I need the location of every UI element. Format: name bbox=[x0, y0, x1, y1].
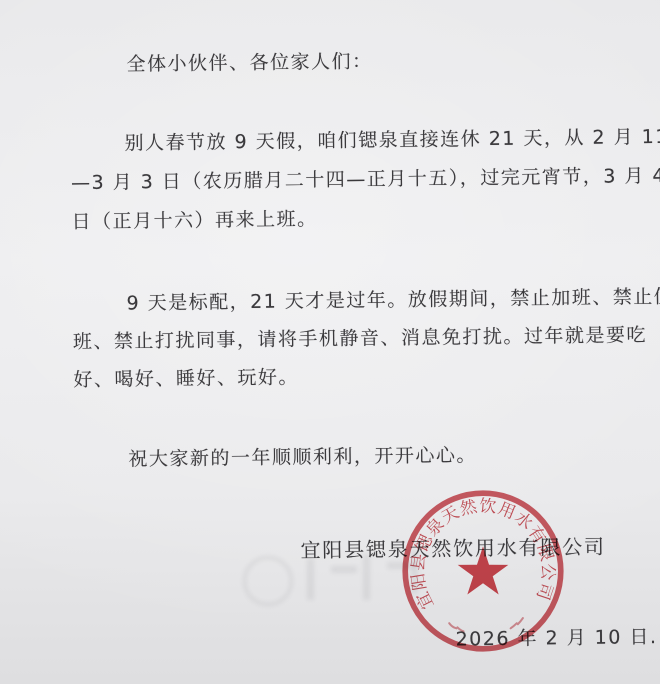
paragraph1-line1: 别人春节放 9 天假，咱们锶泉直接连休 21 天，从 2 月 11 日 bbox=[124, 122, 660, 156]
seal-star-icon bbox=[458, 546, 509, 594]
closing-wish-line: 祝大家新的一年顺顺利利，开开心心。 bbox=[128, 440, 477, 471]
greeting-line: 全体小伙伴、各位家人们： bbox=[126, 46, 372, 76]
paragraph2-line1: 9 天是标配，21 天才是过年。放假期间，禁止加班、禁止值 bbox=[126, 282, 660, 316]
seal-bottom-marks bbox=[449, 618, 523, 631]
company-seal: 宜阳县锶泉天然饮用水有限公司 bbox=[396, 484, 570, 658]
paragraph1-line3: 日（正月十六）再来上班。 bbox=[71, 204, 317, 234]
paragraph2-line2: 班、禁止打扰同事，请将手机静音、消息免打扰。过年就是要吃 bbox=[73, 320, 647, 354]
document-photo: 全体小伙伴、各位家人们： 别人春节放 9 天假，咱们锶泉直接连休 21 天，从 … bbox=[0, 0, 660, 684]
paragraph2-line3: 好、喝好、睡好、玩好。 bbox=[73, 362, 299, 392]
paragraph1-line2: —3 月 3 日（农历腊月二十四—正月十五），过完元宵节，3 月 4 bbox=[71, 161, 660, 195]
